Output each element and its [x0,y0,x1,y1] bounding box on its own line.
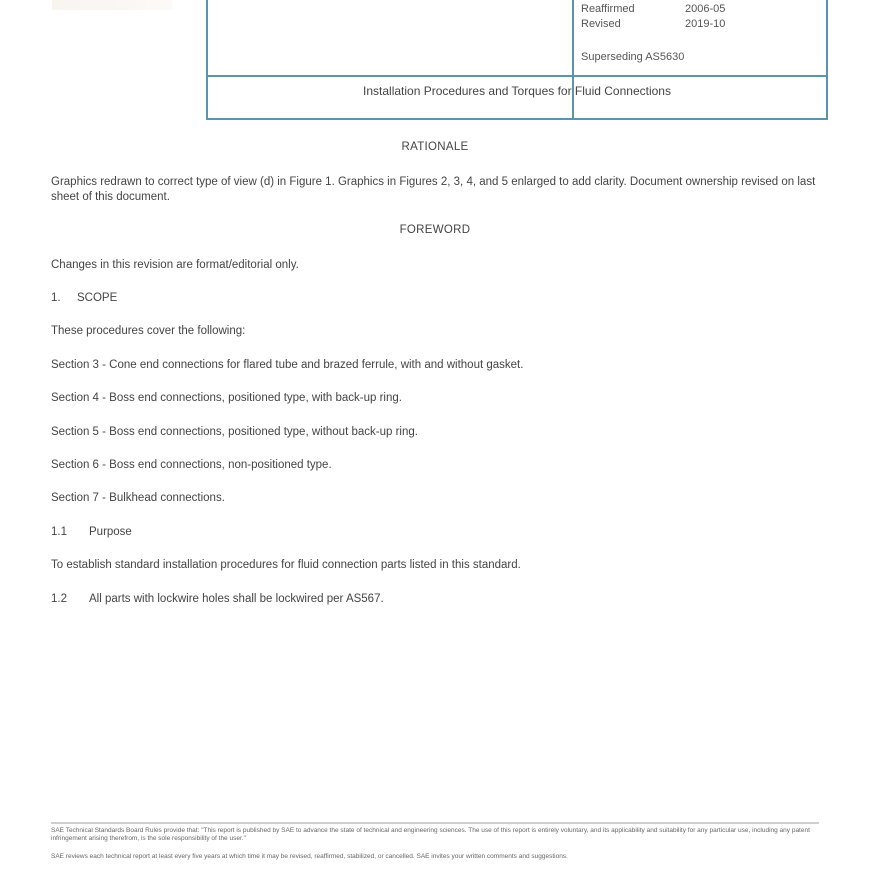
scope-section-3: Section 3 - Cone end connections for fla… [51,358,821,373]
reaffirmed-date: 2006-05 [685,2,725,17]
superseding-note: Superseding AS5630 [581,51,725,63]
scope-section-5: Section 5 - Boss end connections, positi… [51,425,821,440]
purpose-title: Purpose [89,526,132,538]
rationale-heading: RATIONALE [0,141,870,153]
revised-date: 2019-10 [685,17,725,32]
publisher-logo [52,0,172,10]
revision-info: Reaffirmed 2006-05 Revised 2019-10 Super… [581,2,725,63]
scope-heading: 1.SCOPE [51,291,821,306]
lockwire-clause: 1.2All parts with lockwire holes shall b… [51,592,821,607]
reaffirmed-row: Reaffirmed 2006-05 [581,2,725,17]
scope-intro: These procedures cover the following: [51,324,821,339]
foreword-text: Changes in this revision are format/edit… [51,258,821,273]
lockwire-number: 1.2 [51,592,89,607]
revised-row: Revised 2019-10 [581,17,725,32]
footer-divider [51,822,819,824]
document-title-block: Reaffirmed 2006-05 Revised 2019-10 Super… [206,0,828,120]
purpose-number: 1.1 [51,525,89,540]
purpose-text: To establish standard installation proce… [51,558,821,573]
document-title: Installation Procedures and Torques for … [208,84,826,98]
revised-label: Revised [581,17,685,32]
scope-section-7: Section 7 - Bulkhead connections. [51,491,821,506]
scope-number: 1. [51,291,77,306]
purpose-heading: 1.1Purpose [51,525,821,540]
footer-disclaimer: SAE Technical Standards Board Rules prov… [51,827,819,843]
title-block-upper [208,0,826,77]
footer-review-note: SAE reviews each technical report at lea… [51,853,819,861]
scope-section-4: Section 4 - Boss end connections, positi… [51,391,821,406]
reaffirmed-label: Reaffirmed [581,2,685,17]
foreword-heading: FOREWORD [0,224,870,236]
scope-title: SCOPE [77,292,117,304]
scope-section-6: Section 6 - Boss end connections, non-po… [51,458,821,473]
title-block-divider [572,0,574,118]
lockwire-text: All parts with lockwire holes shall be l… [89,593,384,605]
rationale-text: Graphics redrawn to correct type of view… [51,175,821,205]
